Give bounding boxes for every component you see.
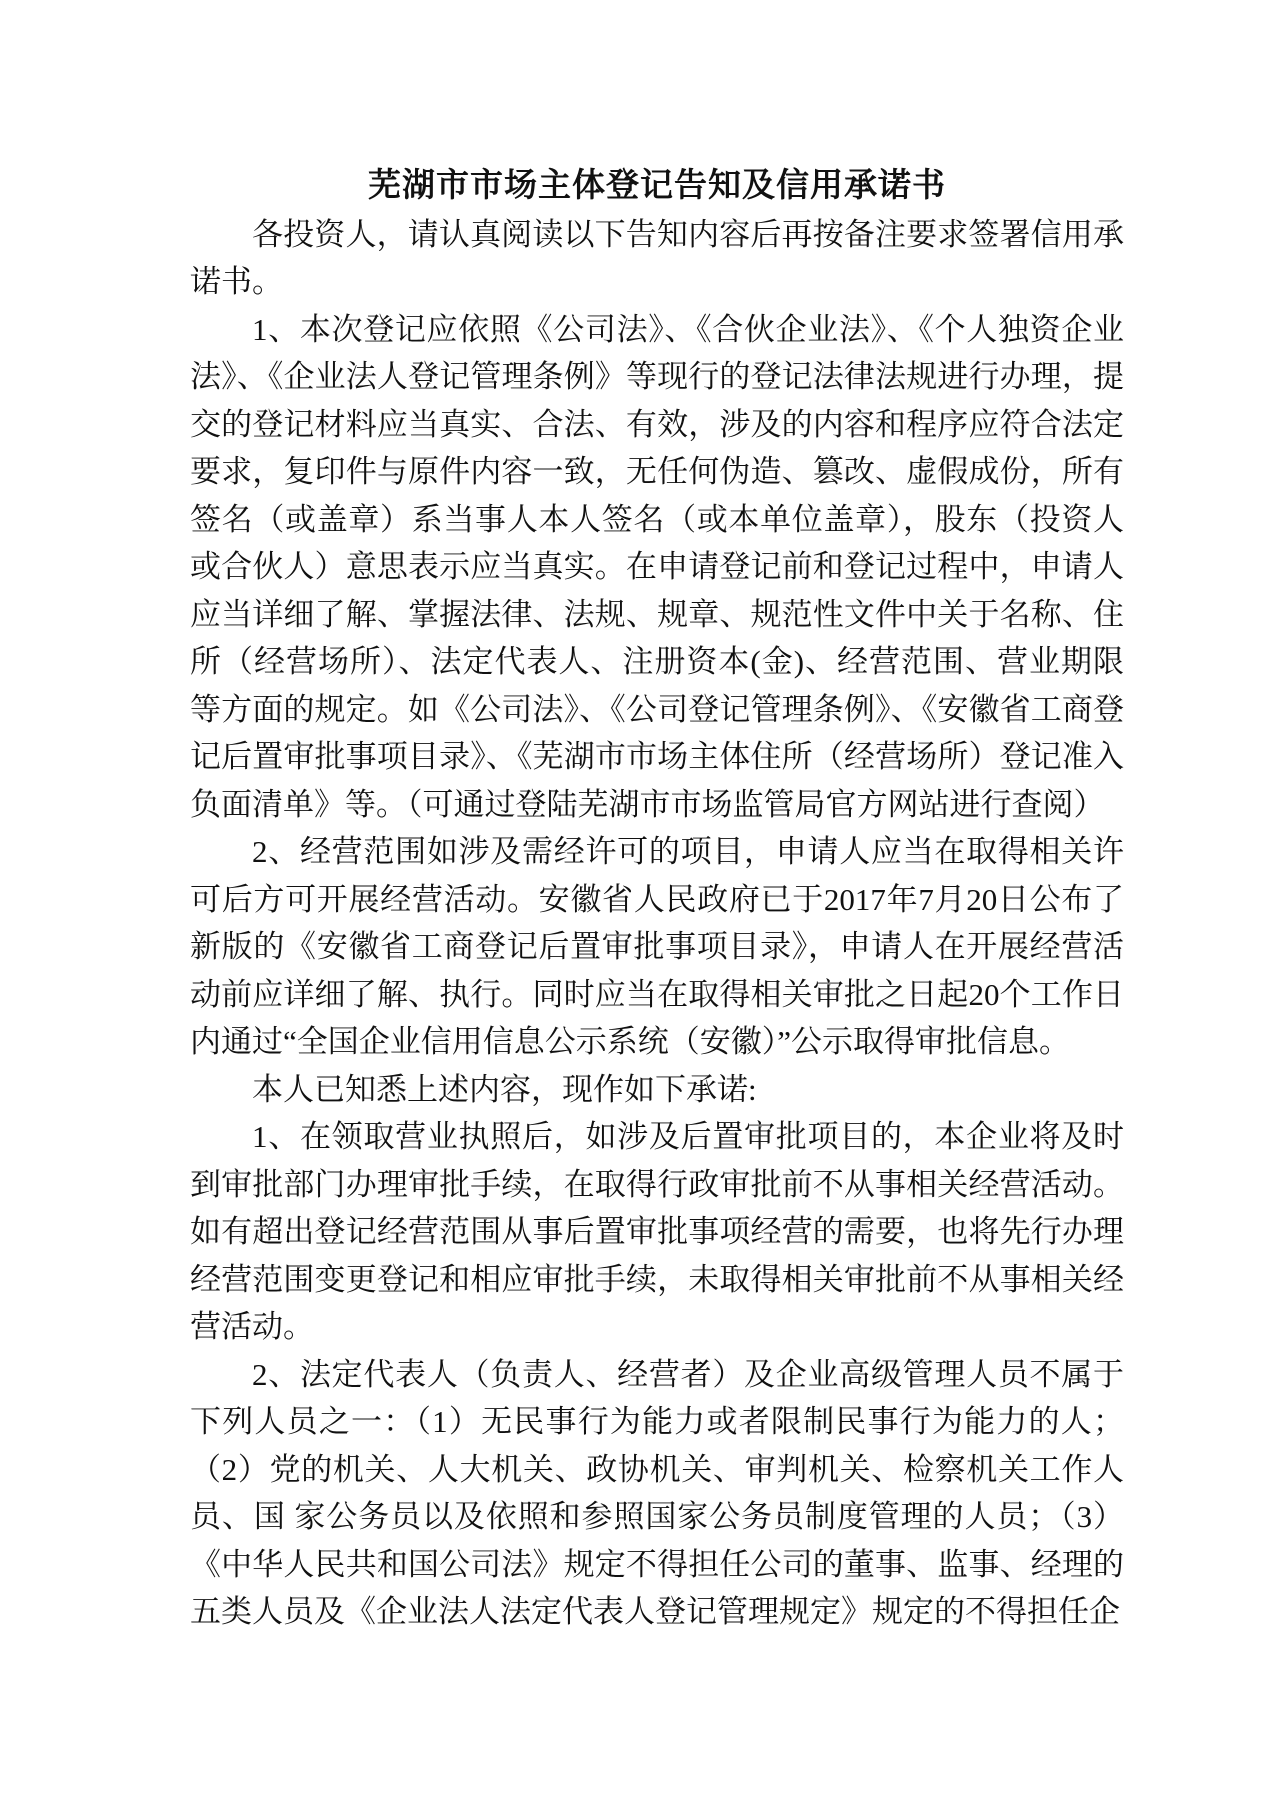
paragraph: 1、在领取营业执照后，如涉及后置审批项目的，本企业将及时到审批部门办理审批手续，… [190, 1113, 1124, 1351]
paragraph: 2、法定代表人（负责人、经营者）及企业高级管理人员不属于下列人员之一：（1）无民… [190, 1351, 1124, 1636]
document-content: 芜湖市市场主体登记告知及信用承诺书 各投资人，请认真阅读以下告知内容后再按备注要… [190, 163, 1124, 1636]
paragraph: 本人已知悉上述内容，现作如下承诺: [190, 1066, 1124, 1114]
paragraph: 2、经营范围如涉及需经许可的项目，申请人应当在取得相关许可后方可开展经营活动。安… [190, 828, 1124, 1066]
document-title: 芜湖市市场主体登记告知及信用承诺书 [190, 163, 1124, 211]
document-page: 芜湖市市场主体登记告知及信用承诺书 各投资人，请认真阅读以下告知内容后再按备注要… [0, 0, 1280, 1810]
document-body: 各投资人，请认真阅读以下告知内容后再按备注要求签署信用承诺书。1、本次登记应依照… [190, 211, 1124, 1636]
paragraph: 各投资人，请认真阅读以下告知内容后再按备注要求签署信用承诺书。 [190, 211, 1124, 306]
paragraph: 1、本次登记应依照《公司法》、《合伙企业法》、《个人独资企业法》、《企业法人登记… [190, 306, 1124, 829]
